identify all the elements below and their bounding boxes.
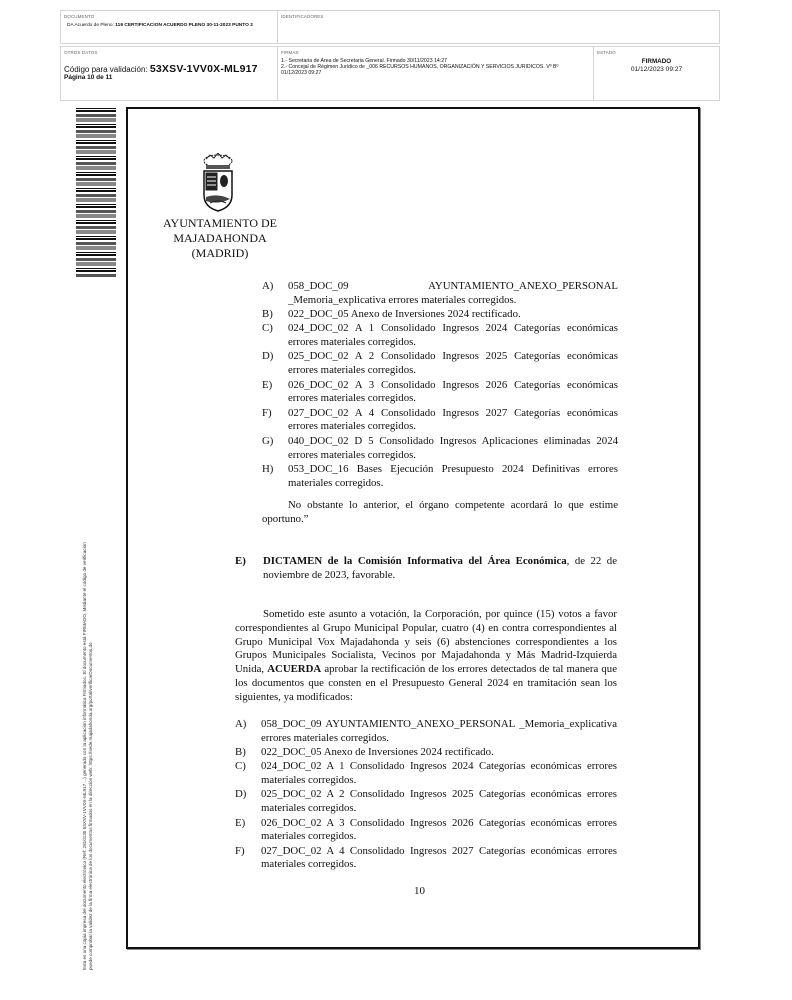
coat-of-arms-icon [196,153,240,215]
organization-name: AYUNTAMIENTO DE MAJADAHONDA (MADRID) [160,216,280,261]
side-verification-note: Esta es una copia impresa del documento … [82,270,94,970]
list-item-marker: A) [235,718,246,732]
otros-datos-label: OTROS DATOS [64,50,97,55]
list-item: A)058_DOC_09 AYUNTAMIENTO_ANEXO_PERSONAL… [262,280,618,308]
list-item-marker: C) [262,322,273,336]
header-row-document: DOCUMENTO DA Acuerdo de Pleno: 119 CERTI… [60,10,720,44]
list-item-text: 027_DOC_02 A 4 Consolidado Ingresos 2027… [261,845,617,873]
list-item: G)040_DOC_02 D 5 Consolidado Ingresos Ap… [262,435,618,463]
firma-2-date: 01/12/2023 09:27 [281,70,558,76]
firmas-cell: FIRMAS 1.- Secretaria de Area de Secreta… [277,47,593,100]
list-item-text: 026_DOC_02 A 3 Consolidado Ingresos 2026… [261,817,617,845]
dictamen-marker: E) [235,555,246,569]
list-item-marker: D) [235,788,246,802]
side-note-line-2: puede comprobar la validez de la firma e… [88,270,94,970]
list-item: H)053_DOC_16 Bases Ejecución Presupuesto… [262,463,618,491]
firmas-list: 1.- Secretaria de Area de Secretaria Gen… [281,58,558,76]
status-date: 01/12/2023 09:27 [594,66,719,73]
list-item-text: 025_DOC_02 A 2 Consolidado Ingresos 2025… [261,788,617,816]
list-item-marker: B) [235,746,246,760]
list-item-marker: G) [262,435,273,449]
list-item-marker: A) [262,280,273,294]
org-line-3: (MADRID) [160,246,280,261]
list-item: E)026_DOC_02 A 3 Consolidado Ingresos 20… [262,379,618,407]
page-indicator: Página 10 de 11 [64,74,112,81]
document-list-original: A)058_DOC_09 AYUNTAMIENTO_ANEXO_PERSONAL… [262,280,618,490]
list-item-text: 053_DOC_16 Bases Ejecución Presupuesto 2… [288,463,618,491]
list-item: C)024_DOC_02 A 1 Consolidado Ingresos 20… [235,760,617,788]
documento-value: DA Acuerdo de Pleno: 119 CERTIFICACION A… [67,23,257,29]
list-item-text: 025_DOC_02 A 2 Consolidado Ingresos 2025… [288,350,618,378]
estado-label: ESTADO [597,50,616,55]
list-item: D)025_DOC_02 A 2 Consolidado Ingresos 20… [235,788,617,816]
documento-label: DOCUMENTO [64,14,94,19]
list-item-marker: B) [262,308,273,322]
org-line-1: AYUNTAMIENTO DE [160,216,280,231]
firmas-label: FIRMAS [281,50,299,55]
vote-paragraph: Sometido este asunto a votación, la Corp… [235,608,617,705]
documento-prefix: DA Acuerdo de Pleno: [67,23,114,28]
list-item-marker: F) [262,407,272,421]
status-badge: FIRMADO [594,58,719,65]
list-item-marker: D) [262,350,273,364]
org-line-2: MAJADAHONDA [160,231,280,246]
list-item-text: 022_DOC_05 Anexo de Inversiones 2024 rec… [288,308,618,322]
list-item-text: 026_DOC_02 A 3 Consolidado Ingresos 2026… [288,379,618,407]
list-item: B)022_DOC_05 Anexo de Inversiones 2024 r… [235,746,617,760]
validation-code: 53XSV-1VV0X-ML917 [150,63,258,75]
estado-cell: ESTADO FIRMADO 01/12/2023 09:27 [593,47,719,100]
list-item-text: 027_DOC_02 A 4 Consolidado Ingresos 2027… [288,407,618,435]
list-item-text: 058_DOC_09 AYUNTAMIENTO_ANEXO_PERSONAL _… [288,280,618,308]
closing-paragraph: No obstante lo anterior, el órgano compe… [262,499,618,527]
list-item: F)027_DOC_02 A 4 Consolidado Ingresos 20… [262,407,618,435]
page-number: 10 [414,885,425,897]
list-item: C)024_DOC_02 A 1 Consolidado Ingresos 20… [262,322,618,350]
list-item: F)027_DOC_02 A 4 Consolidado Ingresos 20… [235,845,617,873]
documento-cell: DOCUMENTO DA Acuerdo de Pleno: 119 CERTI… [61,11,277,43]
otros-datos-cell: OTROS DATOS Código para validación: 53XS… [61,47,277,100]
firma-2: 2.- Concejal de Régimen Jurídico de _006… [281,64,558,70]
list-item: E)026_DOC_02 A 3 Consolidado Ingresos 20… [235,817,617,845]
list-item-marker: F) [235,845,245,859]
dictamen-title: DICTAMEN de la Comisión Informativa del … [263,555,567,567]
identificadores-cell: IDENTIFICADORES [277,11,719,43]
list-item-text: 040_DOC_02 D 5 Consolidado Ingresos Apli… [288,435,618,463]
dictamen-paragraph: E) DICTAMEN de la Comisión Informativa d… [235,555,617,583]
list-item-marker: E) [235,817,245,831]
list-item-marker: C) [235,760,246,774]
list-item-text: 024_DOC_02 A 1 Consolidado Ingresos 2024… [288,322,618,350]
identificadores-label: IDENTIFICADORES [281,14,324,19]
validation-code-label: Código para validación: [64,65,148,74]
list-item: A)058_DOC_09 AYUNTAMIENTO_ANEXO_PERSONAL… [235,718,617,746]
header-row-signatures: OTROS DATOS Código para validación: 53XS… [60,46,720,101]
list-item-marker: E) [262,379,272,393]
list-item: D)025_DOC_02 A 2 Consolidado Ingresos 20… [262,350,618,378]
list-item-text: 058_DOC_09 AYUNTAMIENTO_ANEXO_PERSONAL _… [261,718,617,746]
list-item-text: 022_DOC_05 Anexo de Inversiones 2024 rec… [261,746,617,760]
list-item-marker: H) [262,463,273,477]
vote-decision: ACUERDA [267,663,321,675]
list-item: B)022_DOC_05 Anexo de Inversiones 2024 r… [262,308,618,322]
barcode-icon [76,108,116,278]
list-item-text: 024_DOC_02 A 1 Consolidado Ingresos 2024… [261,760,617,788]
document-list-modified: A)058_DOC_09 AYUNTAMIENTO_ANEXO_PERSONAL… [235,718,617,872]
documento-title: 119 CERTIFICACION ACUERDO PLENO 30-11-20… [115,23,253,28]
